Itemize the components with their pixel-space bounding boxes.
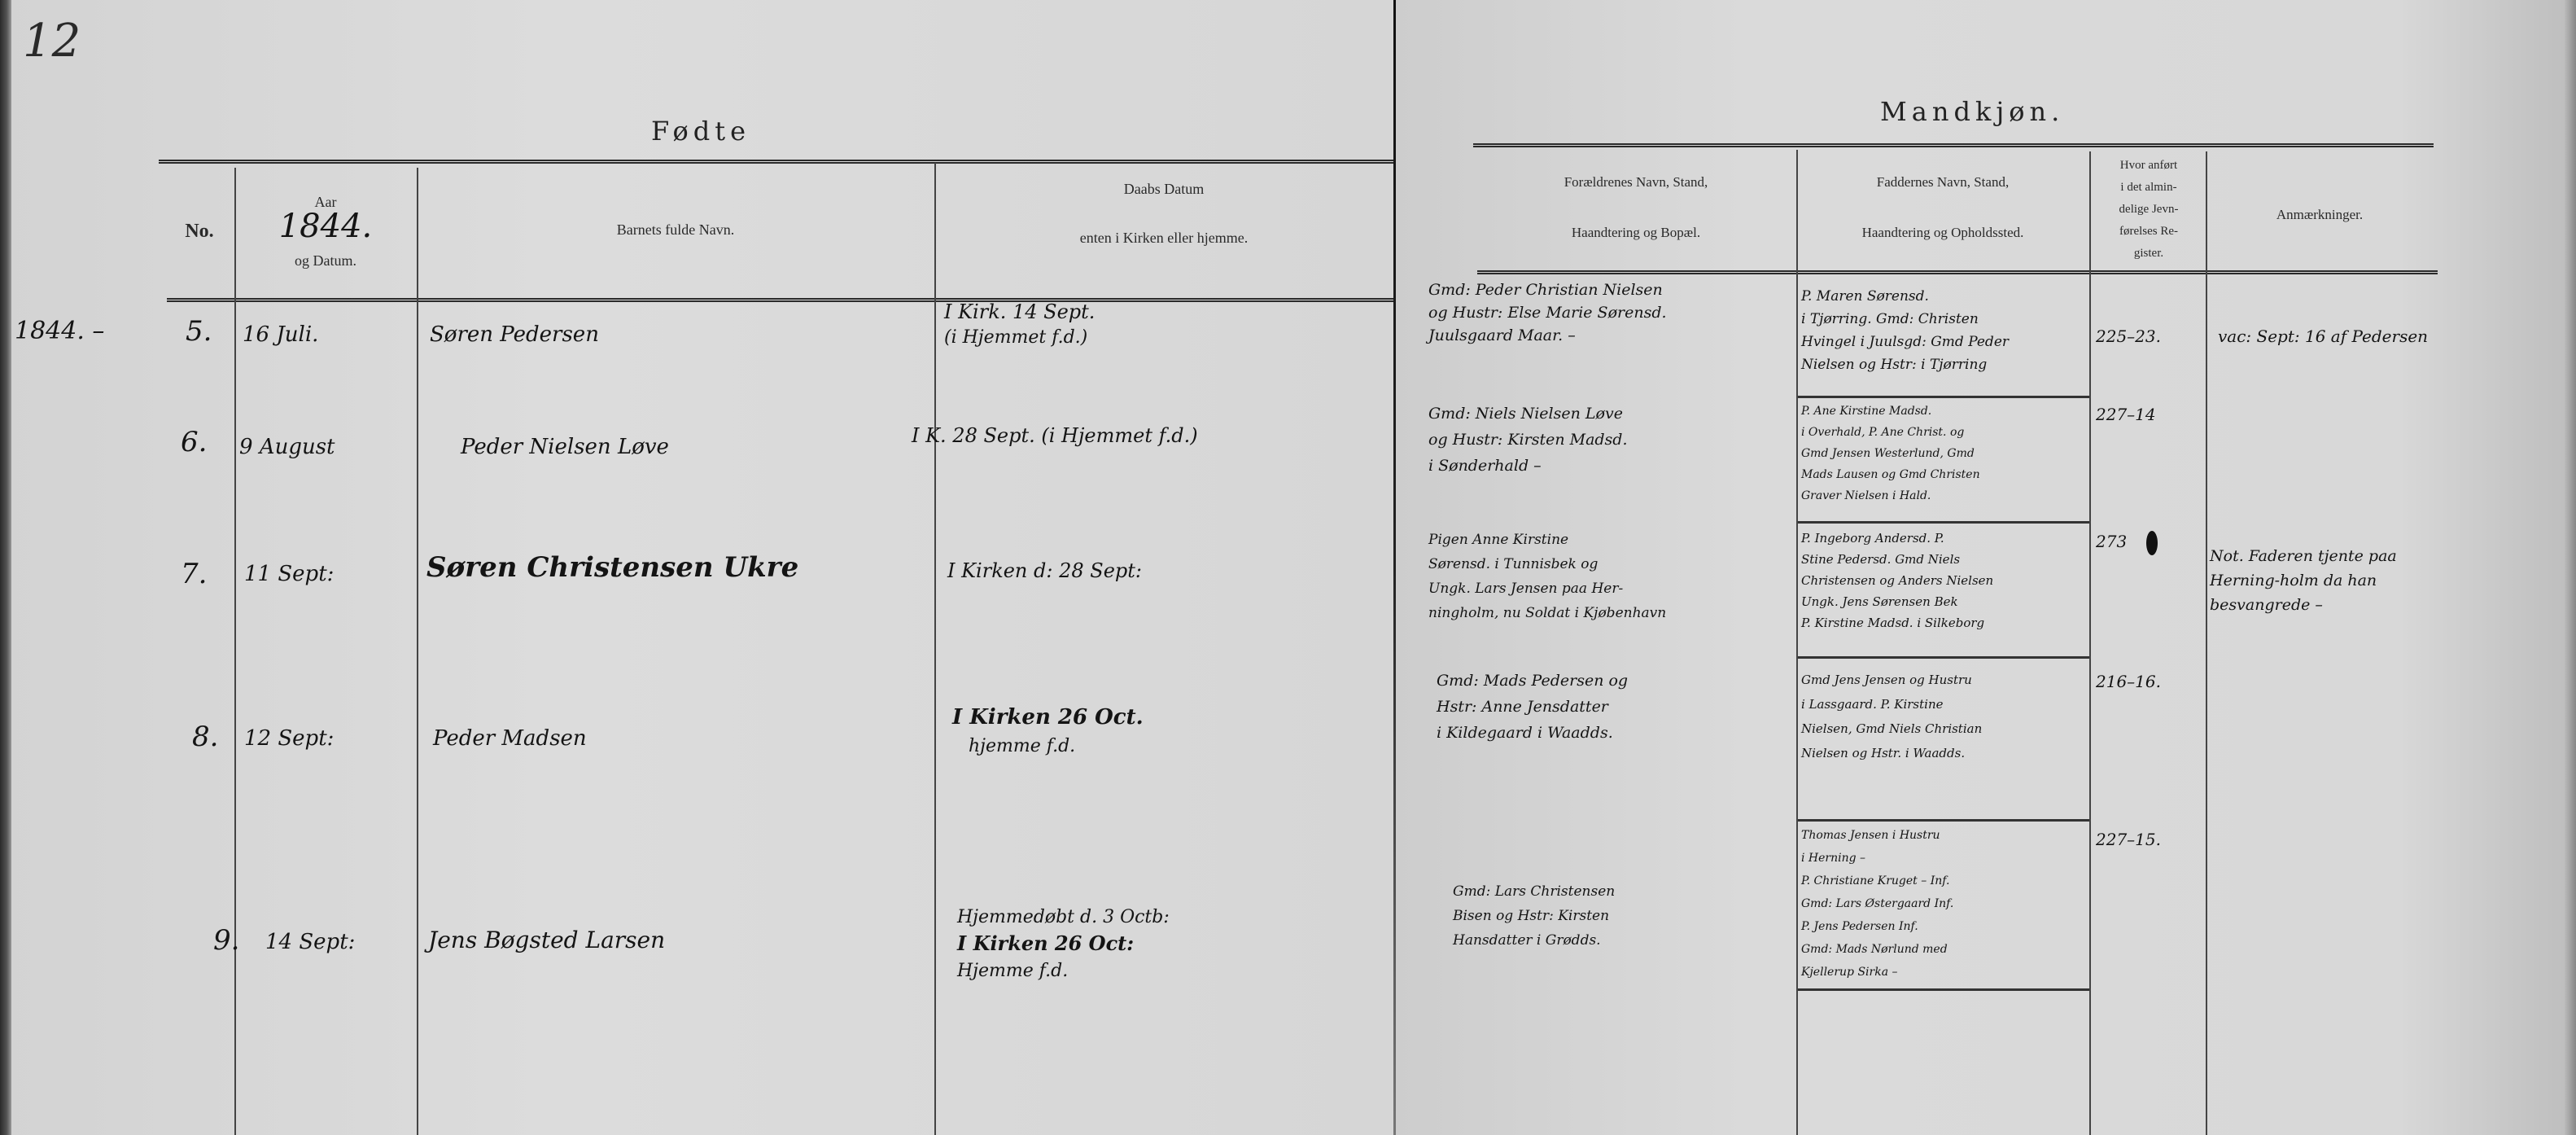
sponsor-separator (1798, 396, 2089, 398)
header-remarks: Anmærkninger. (2210, 197, 2429, 233)
sponsor-separator (1798, 988, 2089, 991)
entry-number: 9. (213, 928, 239, 953)
entry-child-name: Søren Pedersen (430, 322, 599, 347)
entry-parents: Gmd: Lars Christensen Bisen og Hstr: Kir… (1453, 879, 1615, 953)
entry-parents: Gmd: Mads Pedersen og Hstr: Anne Jensdat… (1437, 668, 1628, 746)
entry-number: 8. (192, 725, 218, 749)
column-rule (1796, 150, 1798, 1135)
entry-child-name: Peder Madsen (433, 726, 587, 751)
entry-parents: Gmd: Niels Nielsen Løve og Hustr: Kirste… (1428, 401, 1628, 479)
margin-year-note: 1844. – (15, 319, 104, 344)
entry-birth-date: 14 Sept: (265, 930, 355, 954)
entry-register: 227–15. (2096, 827, 2161, 852)
entry-number: 5. (186, 319, 212, 344)
entry-child-name: Søren Christensen Ukre (426, 555, 798, 580)
entry-birth-date: 12 Sept: (244, 726, 334, 751)
entry-baptism: I Kirken d: 28 Sept: (947, 559, 1142, 583)
entry-baptism: Hjemmedøbt d. 3 Octb: (957, 905, 1170, 930)
right-page-title: Mandkjøn. (1880, 96, 2064, 127)
ink-blot (2146, 531, 2158, 555)
left-page: 12 Fødte No. Aar 1844. og Datum. Barnets… (0, 0, 1396, 1135)
entry-baptism: I Kirken 26 Oct. (952, 705, 1144, 730)
header-sponsors: Faddernes Navn, Stand, (1798, 164, 2088, 200)
entry-parents: Pigen Anne Kirstine Sørensd. i Tunnisbek… (1428, 528, 1666, 625)
sponsor-separator (1798, 819, 2089, 822)
entry-sponsors: Thomas Jensen i Hustru i Herning – P. Ch… (1801, 824, 1953, 984)
column-rule (2206, 151, 2207, 1135)
header-og-datum: og Datum. (236, 243, 415, 278)
entry-baptism: I Kirken 26 Oct: (957, 931, 1134, 956)
book-binding-left (0, 0, 11, 1135)
header-sponsors-occupation: Haandtering og Opholdssted. (1798, 215, 2088, 251)
entry-birth-date: 11 Sept: (244, 562, 334, 586)
sponsor-separator (1798, 521, 2089, 524)
entry-sponsors: Gmd Jens Jensen og Hustru i Lassgaard. P… (1801, 668, 1982, 765)
entry-baptism: hjemme f.d. (969, 734, 1075, 759)
left-page-title: Fødte (651, 116, 750, 147)
header-top-rule (1473, 143, 2434, 147)
entry-child-name: Peder Nielsen Løve (461, 435, 669, 459)
sponsor-separator (1798, 656, 2089, 659)
header-parents-occupation: Haandtering og Bopæl. (1477, 215, 1795, 251)
entry-remarks: vac: Sept: 16 af Pedersen (2218, 324, 2428, 348)
header-bottom-rule (167, 298, 1396, 302)
entry-register: 273 (2096, 529, 2127, 554)
header-baptism-place: enten i Kirken eller hjemme. (936, 220, 1392, 256)
header-year: 1844. (236, 208, 415, 244)
header-baptism-date: Daabs Datum (936, 171, 1392, 207)
entry-register: 216–16. (2096, 669, 2161, 694)
entry-birth-date: 16 Juli. (243, 322, 318, 347)
header-register: Hvor anført i det almin- delige Jevn- fø… (2093, 155, 2205, 265)
entry-sponsors: P. Ane Kirstine Madsd. i Overhald, P. An… (1801, 401, 1980, 506)
header-no: No. (167, 213, 232, 249)
header-child-name: Barnets fulde Navn. (423, 212, 928, 248)
entry-parents: Gmd: Peder Christian Nielsen og Hustr: E… (1428, 278, 1667, 347)
column-rule (2089, 151, 2091, 1135)
entry-baptism: I Kirk. 14 Sept. (944, 300, 1095, 324)
header-bottom-rule (1477, 270, 2438, 274)
entry-number: 6. (181, 430, 207, 454)
entry-sponsors: P. Ingeborg Andersd. P. Stine Pedersd. G… (1801, 528, 1993, 633)
entry-birth-date: 9 August (239, 435, 335, 459)
right-page: Mandkjøn. Forældrenes Navn, Stand, Haand… (1396, 0, 2576, 1135)
header-parents: Forældrenes Navn, Stand, (1477, 164, 1795, 200)
header-top-rule (159, 160, 1408, 164)
page-number: 12 (23, 15, 81, 68)
entry-baptism: (i Hjemmet f.d.) (944, 326, 1087, 350)
entry-baptism: I K. 28 Sept. (i Hjemmet f.d.) (912, 423, 1198, 448)
entry-baptism: Hjemme f.d. (957, 959, 1068, 984)
book-edge-right (2565, 0, 2576, 1135)
column-rule (934, 163, 936, 1135)
entry-child-name: Jens Bøgsted Larsen (428, 928, 665, 953)
entry-remarks: Not. Faderen tjente paa Herning-holm da … (2210, 544, 2429, 617)
entry-register: 225–23. (2096, 324, 2161, 348)
column-rule (234, 168, 236, 1135)
entry-register: 227–14 (2096, 402, 2156, 427)
entry-number: 7. (181, 562, 207, 586)
column-rule (417, 168, 418, 1135)
entry-sponsors: P. Maren Sørensd. i Tjørring. Gmd: Chris… (1801, 285, 2009, 376)
